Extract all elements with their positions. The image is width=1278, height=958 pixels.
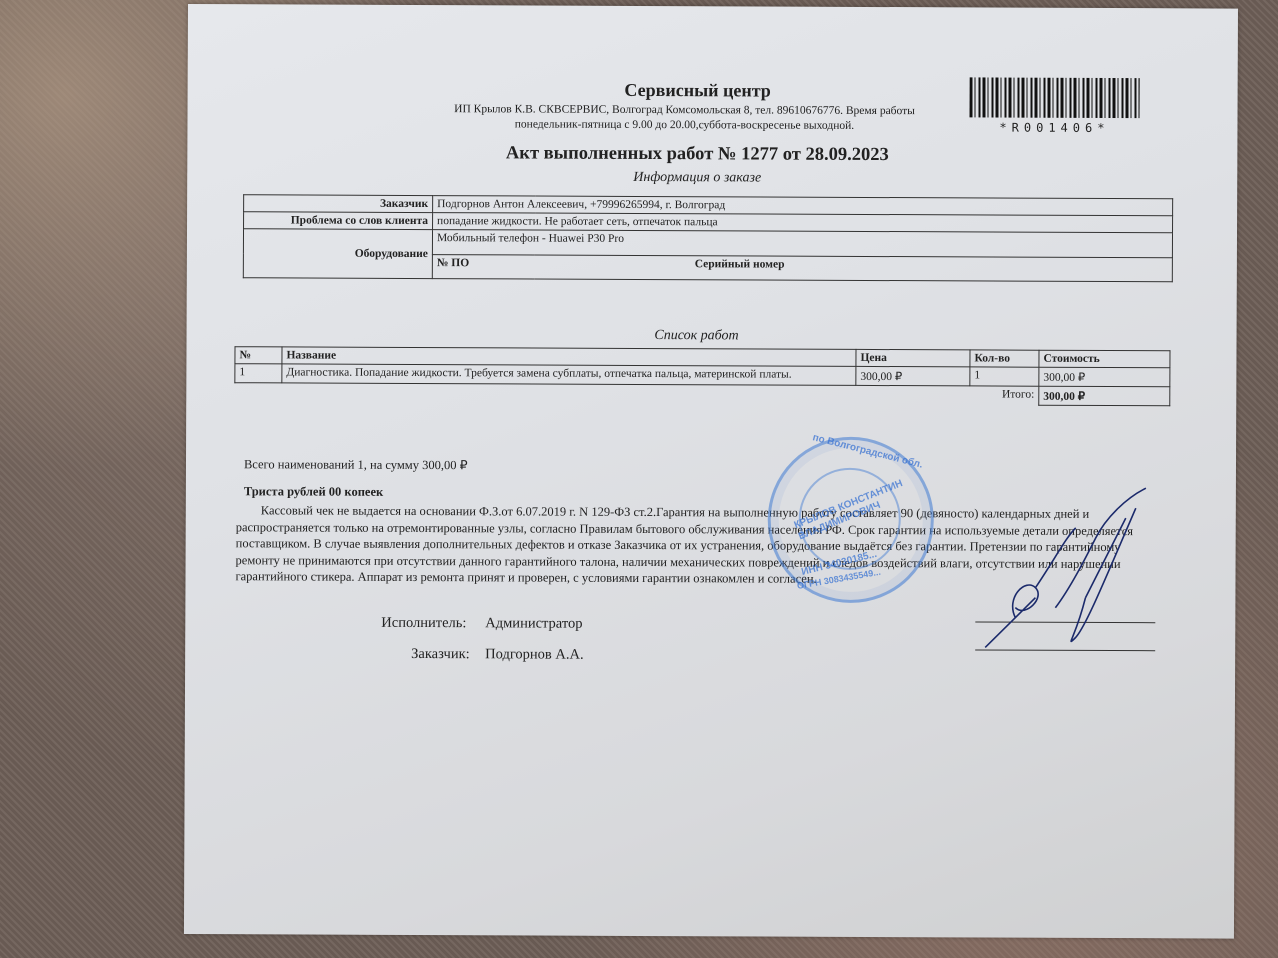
- problem-label: Проблема со слов клиента: [244, 212, 433, 230]
- total-row: Итого: 300,00 ₽: [235, 383, 1170, 406]
- col-cost: Стоимость: [1039, 350, 1170, 368]
- service-act-document: Сервисный центр ИП Крылов К.В. СКВСЕРВИС…: [184, 4, 1238, 939]
- serial-label: Серийный номер: [535, 255, 1173, 282]
- amount-in-words: Триста рублей 00 копеек: [244, 484, 383, 500]
- org-details: ИП Крылов К.В. СКВСЕРВИС, Волгоград Комс…: [449, 102, 919, 134]
- executor-value: Администратор: [485, 615, 582, 632]
- company-stamp: по Волгоградской обл. КРЫЛОВ КОНСТАНТИН …: [767, 437, 934, 604]
- order-info-table: Заказчик Подгорнов Антон Алексеевич, +79…: [243, 194, 1173, 282]
- table-row: Оборудование Мобильный телефон - Huawei …: [243, 229, 1172, 258]
- row-price: 300,00 ₽: [856, 366, 970, 385]
- col-qty: Кол-во: [970, 350, 1039, 367]
- executor-label: Исполнитель:: [381, 615, 466, 632]
- stamp-outer-text: по Волгоградской обл.: [811, 432, 923, 471]
- row-num: 1: [235, 364, 282, 383]
- document-title: Акт выполненных работ № 1277 от 28.09.20…: [187, 142, 1207, 167]
- customer-sign-label: Заказчик:: [411, 646, 470, 663]
- handwritten-signature: [975, 477, 1166, 658]
- total-value: 300,00 ₽: [1039, 386, 1170, 406]
- row-qty: 1: [970, 367, 1039, 386]
- po-label: № ПО: [432, 254, 534, 279]
- order-info-heading: Информация о заказе: [187, 168, 1207, 188]
- customer-sign-value: Подгорнов А.А.: [485, 646, 584, 663]
- row-name: Диагностика. Попадание жидкости. Требует…: [282, 364, 856, 386]
- col-num: №: [235, 347, 282, 364]
- equipment-label: Оборудование: [243, 229, 432, 279]
- works-table: № Название Цена Кол-во Стоимость 1 Диагн…: [234, 346, 1170, 406]
- barcode: [970, 77, 1140, 118]
- items-count-summary: Всего наименований 1, на сумму 300,00 ₽: [244, 456, 468, 473]
- col-price: Цена: [856, 349, 970, 366]
- barcode-text: *R001406*: [969, 120, 1139, 135]
- total-label: Итого:: [235, 383, 1039, 406]
- works-heading: Список работ: [187, 326, 1207, 346]
- row-cost: 300,00 ₽: [1039, 367, 1170, 387]
- equipment-value: Мобильный телефон - Huawei P30 Pro: [432, 230, 1172, 258]
- customer-label: Заказчик: [244, 195, 433, 213]
